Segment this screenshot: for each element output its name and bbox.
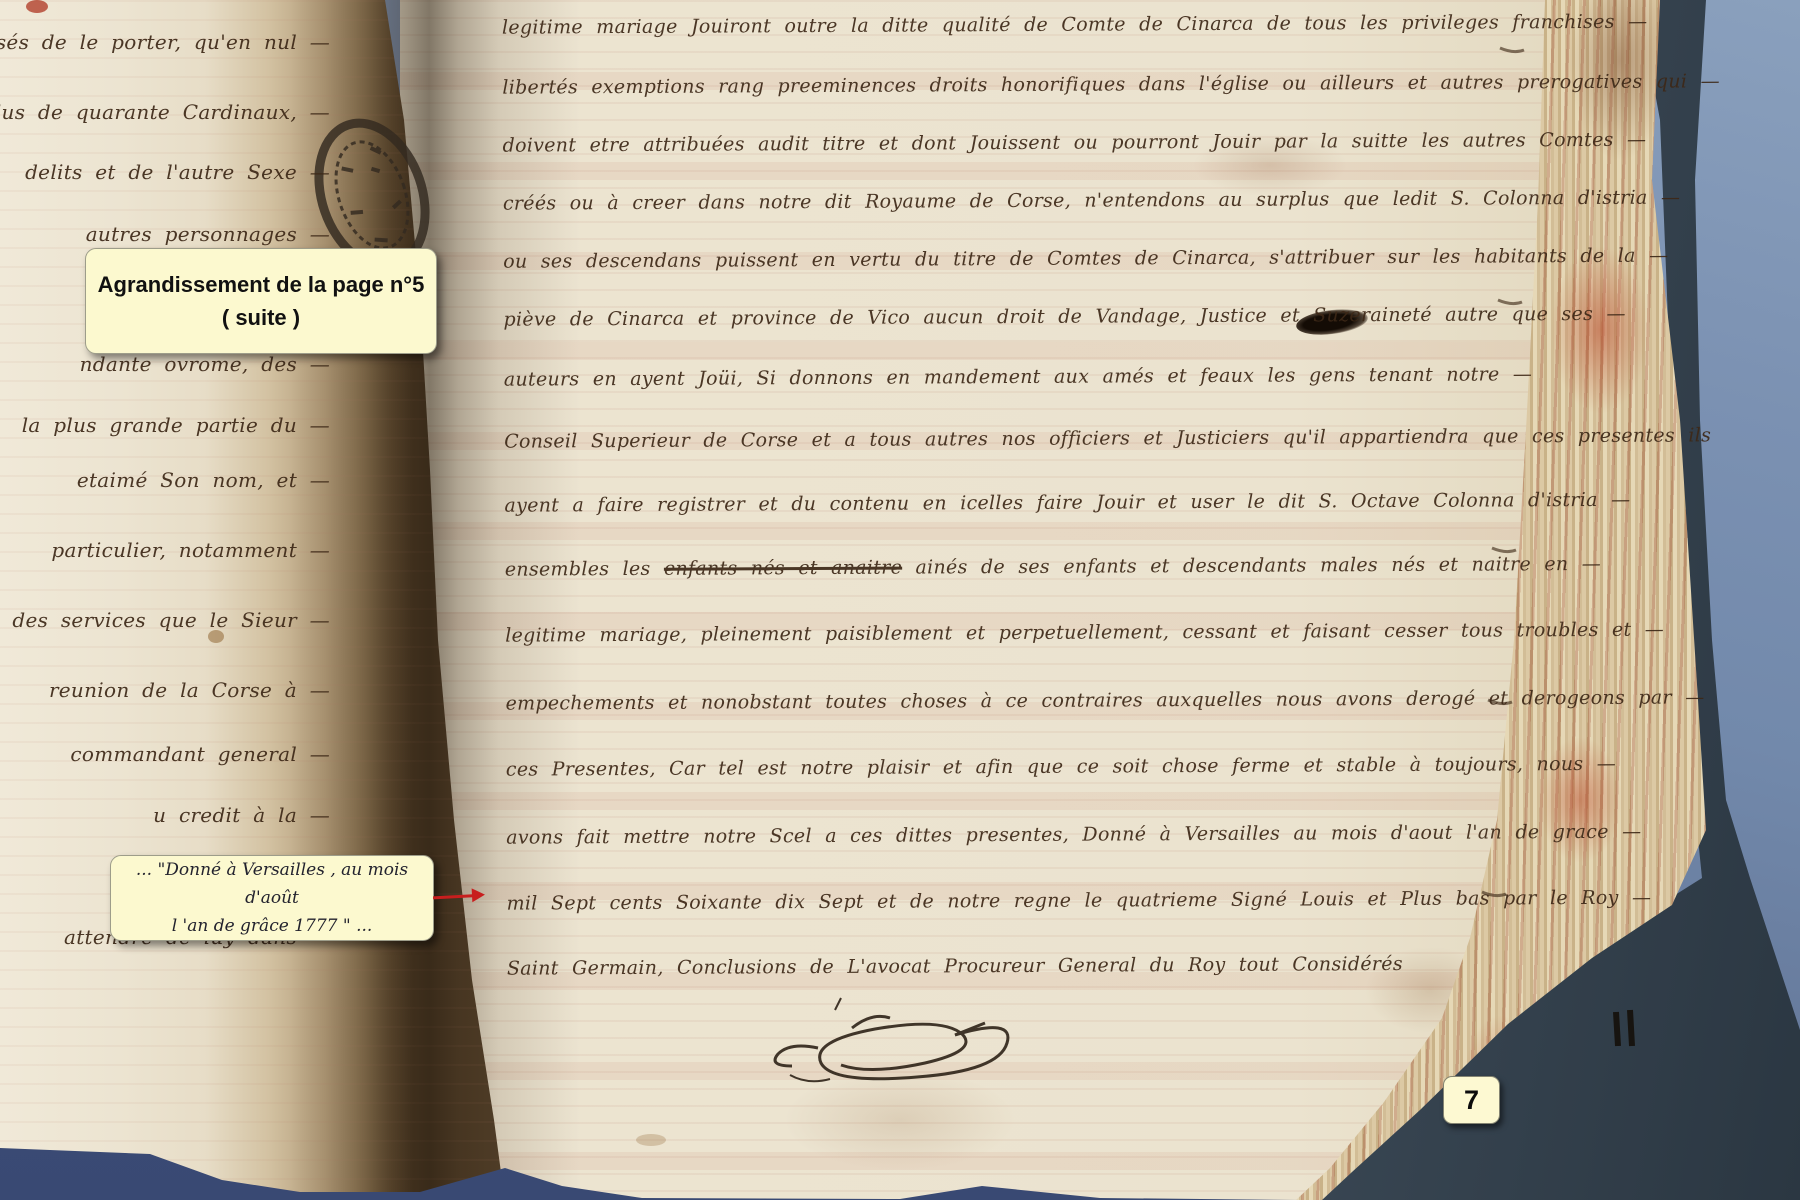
- red-arrow-icon: [433, 888, 486, 905]
- page-number-badge: 7: [1443, 1076, 1500, 1124]
- manuscript-fragment: u credit à la —: [153, 803, 330, 827]
- manuscript-fragment: etaimé Son nom, et —: [77, 468, 330, 492]
- quote-note-line1: ... "Donné à Versailles , au mois d'août: [111, 856, 433, 912]
- quote-note-line2: l 'an de grâce 1777 " ...: [172, 912, 373, 940]
- manuscript-line: créés ou à creer dans notre dit Royaume …: [503, 186, 1680, 214]
- manuscript-line: ces Presentes, Car tel est notre plaisir…: [506, 753, 1616, 781]
- manuscript-line: Saint Germain, Conclusions de L'avocat P…: [507, 953, 1403, 980]
- manuscript-fragment: plus de quarante Cardinaux, —: [0, 100, 330, 124]
- manuscript-fragment: reunion de la Corse à —: [49, 678, 330, 702]
- enlargement-note-line2: ( suite ): [222, 301, 300, 334]
- manuscript-fragment: delits et de l'autre Sexe —: [25, 160, 330, 184]
- manuscript-fragment: commandant general —: [70, 742, 330, 766]
- manuscript-line: avons fait mettre notre Scel a ces ditte…: [506, 821, 1641, 849]
- manuscript-fragment: particulier, notamment —: [51, 538, 330, 562]
- manuscript-line: piève de Cinarca et province de Vico auc…: [503, 303, 1625, 331]
- manuscript-line: doivent etre attribuées audit titre et d…: [503, 129, 1647, 157]
- manuscript-line: legitime mariage Jouiront outre la ditte…: [502, 11, 1647, 39]
- manuscript-line: ayent a faire registrer et du contenu en…: [504, 489, 1630, 517]
- manuscript-line: mil Sept cents Soixante dix Sept et de n…: [507, 887, 1652, 915]
- manuscript-fragment: autres personnages —: [86, 222, 330, 246]
- right-page-text: legitime mariage Jouiront outre la ditte…: [502, 0, 1518, 1200]
- quote-note: ... "Donné à Versailles , au mois d'août…: [110, 855, 434, 941]
- manuscript-fragment: les des services que le Sieur —: [0, 608, 330, 632]
- enlargement-note-line1: Agrandissement de la page n°5: [98, 268, 425, 301]
- manuscript-line: auteurs en ayent Joüi, Si donnons en man…: [504, 363, 1532, 390]
- manuscript-fragment: ndante ovrome, des —: [80, 352, 330, 376]
- manuscript-fragment: la plus grande partie du —: [22, 413, 330, 437]
- enlargement-note: Agrandissement de la page n°5 ( suite ): [85, 248, 437, 354]
- manuscript-line: legitime mariage, pleinement paisiblemen…: [505, 619, 1664, 647]
- manuscript-fragment: censés de le porter, qu'en nul —: [0, 30, 330, 54]
- manuscript-line: ensembles les enfants nés et anaitre ain…: [505, 553, 1601, 581]
- manuscript-line: ou ses descendans puissent en vertu du t…: [503, 245, 1668, 273]
- manuscript-photo: legitime mariage Jouiront outre la ditte…: [0, 0, 1800, 1200]
- left-page-text: censés de le porter, qu'en nul —plus de …: [0, 0, 340, 1200]
